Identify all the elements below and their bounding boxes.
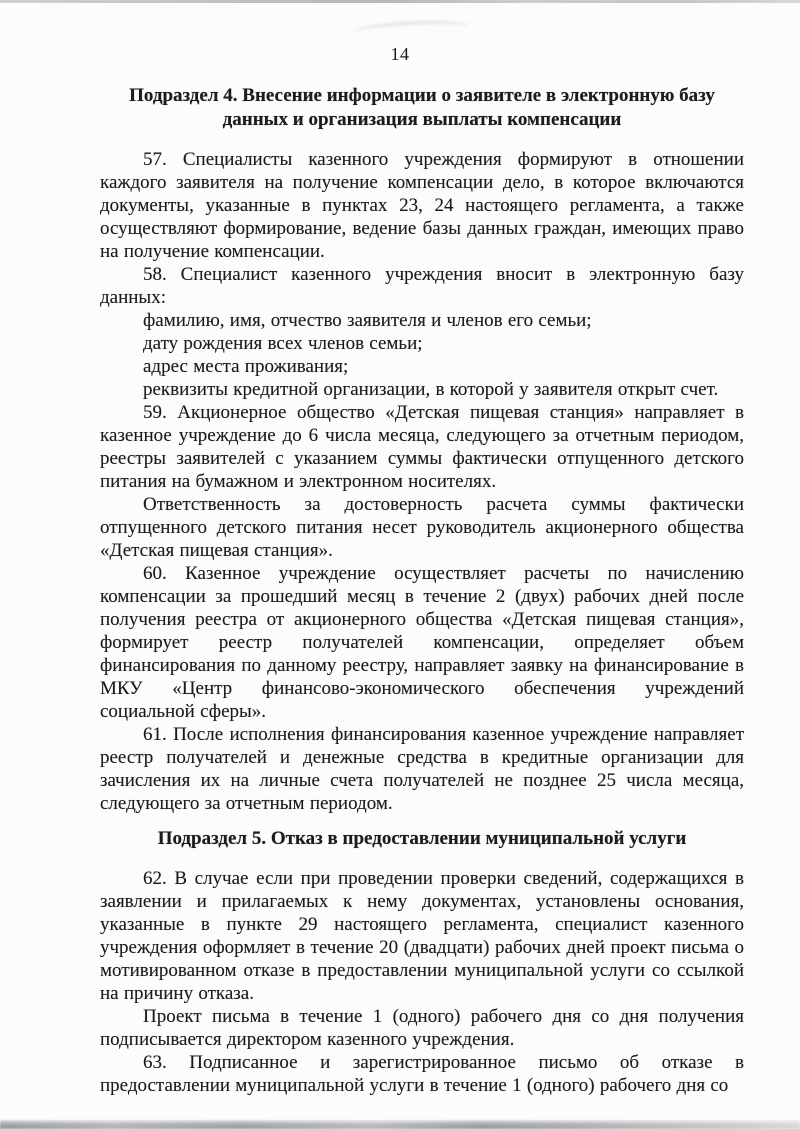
subsection-5-heading: Подраздел 5. Отказ в предоставлении муни…	[100, 827, 744, 851]
scan-smudge-artifact	[352, 19, 471, 41]
data-item-address: адрес места проживания;	[100, 355, 744, 378]
paragraph-59-responsibility: Ответственность за достоверность расчета…	[100, 493, 744, 562]
data-item-bank-details: реквизиты кредитной организации, в котор…	[100, 378, 744, 401]
paragraph-63-truncated: 63. Подписанное и зарегистрированное пис…	[100, 1051, 744, 1097]
page-number: 14	[0, 44, 800, 65]
paragraph-57: 57. Специалисты казенного учреждения фор…	[100, 148, 744, 263]
scanned-document-page: 14 Подраздел 4. Внесение информации о за…	[0, 0, 800, 1129]
scan-edge-bottom-artifact	[0, 1120, 800, 1129]
paragraph-60: 60. Казенное учреждение осуществляет рас…	[100, 562, 744, 723]
paragraph-62-draft-letter: Проект письма в течение 1 (одного) рабоч…	[100, 1005, 744, 1051]
data-item-birth-date: дату рождения всех членов семьи;	[100, 332, 744, 355]
subsection-4-heading: Подраздел 4. Внесение информации о заяви…	[100, 84, 744, 132]
paragraph-59: 59. Акционерное общество «Детская пищева…	[100, 401, 744, 493]
data-item-full-name: фамилию, имя, отчество заявителя и члено…	[100, 309, 744, 332]
document-content: Подраздел 4. Внесение информации о заяви…	[100, 84, 744, 1097]
scan-edge-top-artifact	[0, 0, 800, 3]
paragraph-62: 62. В случае если при проведении проверк…	[100, 867, 744, 1005]
paragraph-58-intro: 58. Специалист казенного учреждения внос…	[100, 263, 744, 309]
paragraph-61: 61. После исполнения финансирования казе…	[100, 723, 744, 815]
